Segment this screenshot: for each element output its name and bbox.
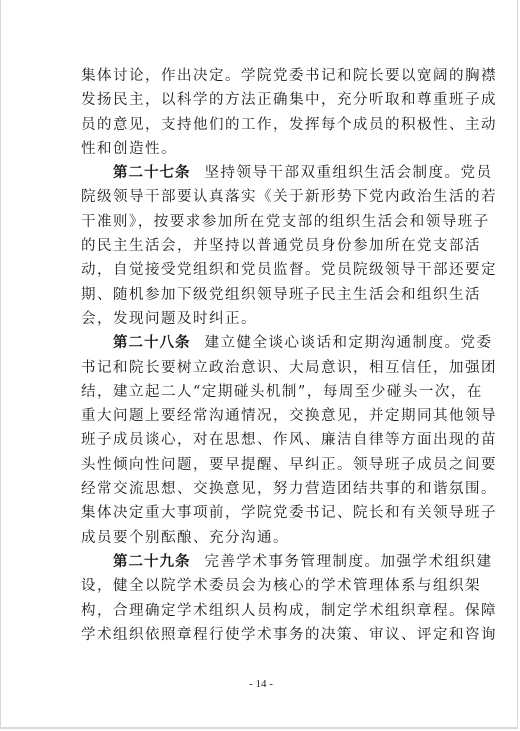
text-line: 性和创造性。 [81, 137, 445, 161]
text-line: 学术组织依照章程行使学术事务的决策、审议、评定和咨询 [81, 623, 445, 647]
text-line: 员的意见，支持他们的工作，发挥每个成员的积极性、主动 [81, 113, 445, 137]
text-line: 期、随机参加下级党组织领导班子民主生活会和组织生活 [81, 283, 445, 307]
article-number: 第二十九条 [113, 553, 191, 570]
text-line: 的民主生活会，并坚持以普通党员身份参加所在党支部活 [81, 234, 445, 258]
text-line: 书记和院长要树立政治意识、大局意识，相互信任，加强团 [81, 356, 445, 380]
text-line: 发扬民主，以科学的方法正确集中，充分听取和尊重班子成 [81, 88, 445, 112]
article-lead-text: 建立健全谈心谈话和定期沟通制度。党委 [205, 335, 493, 351]
text-line: 经常交流思想、交换意见，努力营造团结共事的和谐氛围。 [81, 477, 445, 501]
text-line: 班子成员谈心，对在思想、作风、廉洁自律等方面出现的苗 [81, 428, 445, 452]
article-first-line: 第二十九条完善学术事务管理制度。加强学术组织建 [81, 550, 445, 574]
text-line: 成员要个别酝酿、充分沟通。 [81, 526, 445, 550]
document-page: 集体讨论，作出决定。学院党委书记和院长要以宽阔的胸襟 发扬民主，以科学的方法正确… [0, 0, 518, 729]
article-29: 第二十九条完善学术事务管理制度。加强学术组织建 设，健全以院学术委员会为核心的学… [81, 550, 445, 647]
article-first-line: 第二十七条坚持领导干部双重组织生活会制度。党员 [81, 161, 445, 185]
text-line: 构，合理确定学术组织人员构成，制定学术组织章程。保障 [81, 599, 445, 623]
text-line: 集体决定重大事项前，学院党委书记、院长和有关领导班子 [81, 501, 445, 525]
text-line: 院级领导干部要认真落实《关于新形势下党内政治生活的若 [81, 185, 445, 209]
paragraph-continuation: 集体讨论，作出决定。学院党委书记和院长要以宽阔的胸襟 发扬民主，以科学的方法正确… [81, 64, 445, 161]
article-number: 第二十七条 [113, 164, 191, 181]
article-27: 第二十七条坚持领导干部双重组织生活会制度。党员 院级领导干部要认真落实《关于新形… [81, 161, 445, 331]
text-line: 头性倾向性问题，要早提醒、早纠正。领导班子成员之间要 [81, 453, 445, 477]
article-number: 第二十八条 [113, 334, 191, 351]
text-line: 重大问题上要经常沟通情况，交换意见，并定期同其他领导 [81, 404, 445, 428]
text-line: 会，发现问题及时纠正。 [81, 307, 445, 331]
article-first-line: 第二十八条建立健全谈心谈话和定期沟通制度。党委 [81, 331, 445, 355]
text-line: 设，健全以院学术委员会为核心的学术管理体系与组织架 [81, 574, 445, 598]
document-body: 集体讨论，作出决定。学院党委书记和院长要以宽阔的胸襟 发扬民主，以科学的方法正确… [81, 64, 445, 647]
text-line: 干准则》，按要求参加所在党支部的组织生活会和领导班子 [81, 210, 445, 234]
text-line: 动，自觉接受党组织和党员监督。党员院级领导干部还要定 [81, 258, 445, 282]
article-lead-text: 坚持领导干部双重组织生活会制度。党员 [205, 165, 493, 181]
text-line: 集体讨论，作出决定。学院党委书记和院长要以宽阔的胸襟 [81, 64, 445, 88]
text-line: 结，建立起二人“定期碰头机制”，每周至少碰头一次，在 [81, 380, 445, 404]
article-28: 第二十八条建立健全谈心谈话和定期沟通制度。党委 书记和院长要树立政治意识、大局意… [81, 331, 445, 550]
page-number: - 14 - [1, 678, 520, 690]
article-lead-text: 完善学术事务管理制度。加强学术组织建 [205, 554, 493, 570]
